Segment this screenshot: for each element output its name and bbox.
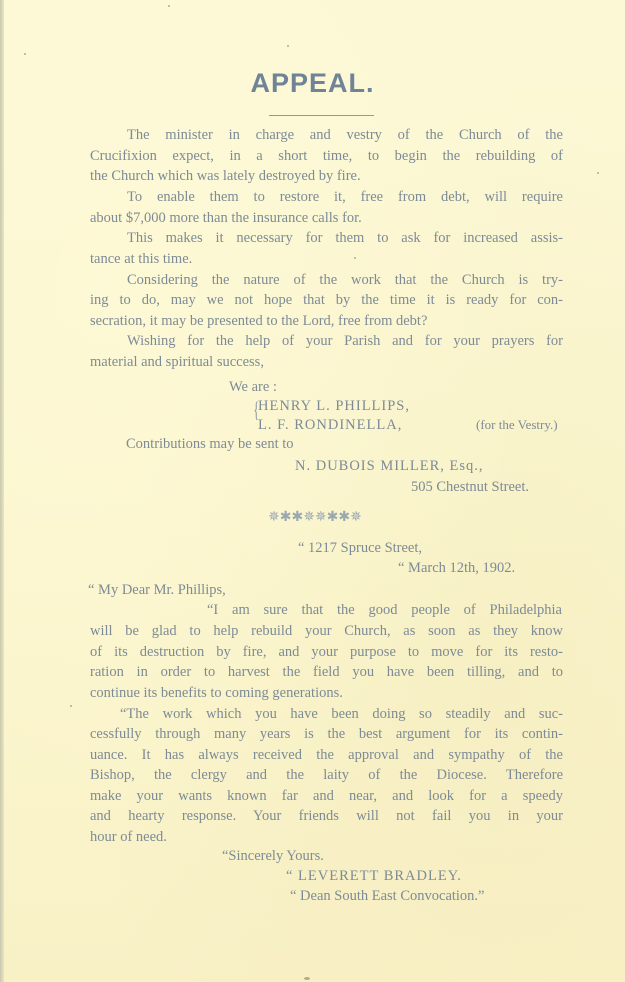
letter-date: “ March 12th, 1902. — [398, 558, 515, 578]
paper-speck — [287, 45, 289, 47]
letter-line: cessfully through many years is the best… — [90, 724, 563, 744]
appeal-line: ing to do, may we not hope that by the t… — [90, 290, 563, 310]
paper-speck — [597, 172, 599, 174]
paper-speck — [354, 257, 356, 259]
appeal-line: Considering the nature of the work that … — [127, 270, 563, 290]
page-edge — [0, 0, 4, 982]
ornament-divider: ✵✱✱✵✵✱✱✵ — [268, 509, 362, 526]
signatory-name: HENRY L. PHILLIPS, — [258, 396, 410, 416]
treasurer-name: N. DUBOIS MILLER, Esq., — [295, 456, 484, 476]
letter-signer-title: “ Dean South East Convocation.” — [290, 886, 485, 906]
appeal-line: This makes it necessary for them to ask … — [127, 228, 563, 248]
appeal-line: Crucifixion expect, in a short time, to … — [90, 146, 563, 166]
letter-line: ration in order to harvest the field you… — [90, 662, 563, 682]
letter-address: “ 1217 Spruce Street, — [298, 538, 422, 558]
letter-line: “I am sure that the good people of Phila… — [207, 600, 562, 620]
letter-line: and hearty response. Your friends will n… — [90, 806, 563, 826]
appeal-line: tance at this time. — [90, 249, 192, 269]
letter-line: Bishop, the clergy and the laity of the … — [90, 765, 563, 785]
title-divider — [269, 115, 374, 116]
letter-signer: “ LEVERETT BRADLEY. — [286, 866, 462, 886]
page-title: APPEAL. — [0, 68, 625, 99]
letter-line: “The work which you have been doing so s… — [120, 704, 563, 724]
paper-speck — [168, 5, 170, 7]
paper-speck — [304, 977, 310, 980]
signatory-name: L. F. RONDINELLA, — [258, 415, 402, 435]
letter-closing: “Sincerely Yours. — [222, 846, 324, 866]
letter-line: continue its benefits to coming generati… — [90, 683, 343, 703]
letter-line: of its destruction by fire, and your pur… — [90, 642, 563, 662]
treasurer-address: 505 Chestnut Street. — [411, 477, 529, 497]
letter-line: will be glad to help rebuild your Church… — [90, 621, 563, 641]
signatory-note: (for the Vestry.) — [476, 415, 558, 435]
appeal-line: The minister in charge and vestry of the… — [127, 125, 563, 145]
paper-speck — [70, 705, 72, 707]
letter-salutation: “ My Dear Mr. Phillips, — [88, 580, 226, 600]
appeal-line: about $7,000 more than the insurance cal… — [90, 208, 362, 228]
appeal-line: To enable them to restore it, free from … — [127, 187, 563, 207]
appeal-line: secration, it may be presented to the Lo… — [90, 311, 427, 331]
paper-speck — [24, 53, 26, 55]
letter-line: uance. It has always received the approv… — [90, 745, 563, 765]
document-page: APPEAL. The minister in charge and vestr… — [0, 0, 625, 982]
contributions-label: Contributions may be sent to — [126, 434, 294, 454]
letter-line: hour of need. — [90, 827, 167, 847]
appeal-line: the Church which was lately destroyed by… — [90, 166, 361, 186]
letter-line: make your wants known far and near, and … — [90, 786, 563, 806]
appeal-line: Wishing for the help of your Parish and … — [127, 331, 563, 351]
appeal-line: material and spiritual success, — [90, 352, 264, 372]
